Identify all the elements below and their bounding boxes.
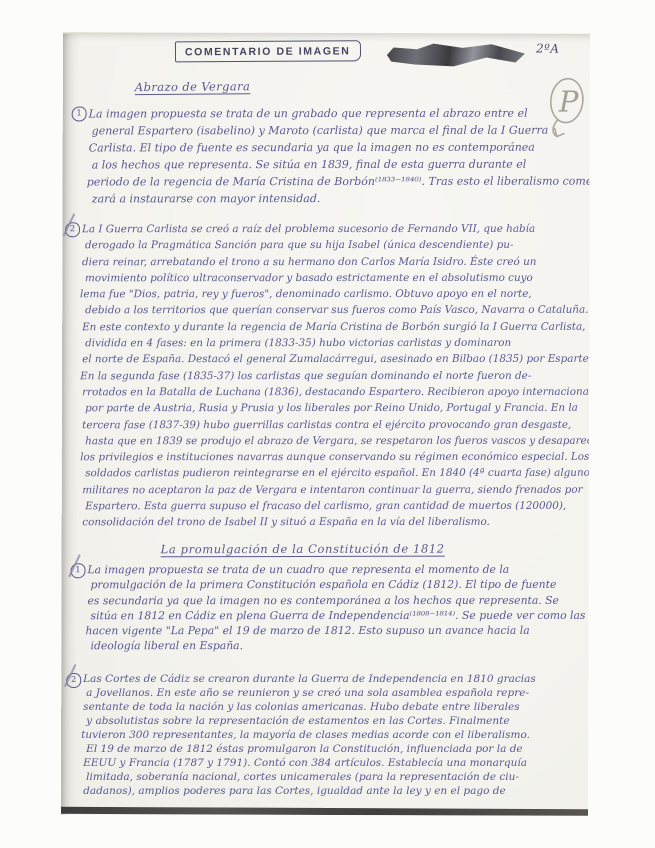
handwritten-line: La imagen propuesta se trata de un graba… — [89, 105, 581, 123]
handwritten-line: y absolutistas sobre la representación d… — [86, 714, 583, 728]
paragraph-lines: Las Cortes de Cádiz se crearon durante l… — [83, 672, 583, 798]
paragraph-s2p1: 1 La imagen propuesta se trata de un cua… — [87, 562, 581, 654]
page-bottom-edge-shadow — [61, 807, 590, 816]
paragraph-lines: La imagen propuesta se trata de un cuadr… — [87, 562, 581, 654]
section-title-abrazo-de-vergara: Abrazo de Vergara — [135, 79, 251, 94]
paragraph-number-marker: 1 — [72, 106, 87, 121]
paragraph-s1p2: 2 La I Guerra Carlista se creó a raíz de… — [82, 221, 584, 531]
handwritten-line: lema fue "Dios, patria, rey y fueros", d… — [80, 286, 584, 303]
handwritten-line: el norte de España. Destacó el general Z… — [82, 351, 584, 368]
handwritten-line: En este contexto y durante la regencia d… — [82, 319, 584, 336]
handwritten-line: dividida en 4 fases: en la primera (1833… — [85, 335, 584, 352]
handwritten-line: a Jovellanos. En este año se reunieron y… — [86, 686, 583, 700]
handwritten-line: limitada, soberanía nacional, cortes uni… — [86, 770, 583, 784]
handwritten-line: Carlista. El tipo de fuente es secundari… — [89, 139, 581, 157]
paragraph-s1p1: 1 La imagen propuesta se trata de un gra… — [89, 105, 581, 208]
header-box: COMENTARIO DE IMAGEN — [175, 40, 362, 62]
handwritten-line: promulgación de la primera Constitución … — [90, 577, 581, 593]
handwritten-line: por parte de Austria, Rusia y Prusia y l… — [85, 400, 584, 417]
handwritten-line: Las Cortes de Cádiz se crearon durante l… — [83, 672, 583, 686]
redacted-name-mark — [387, 40, 526, 70]
handwritten-line: zará a instaurarse con mayor intensidad. — [92, 190, 581, 208]
handwritten-line: El 19 de marzo de 1812 éstas promulgaron… — [86, 742, 583, 756]
handwritten-line: sitúa en 1812 en Cádiz en plena Guerra d… — [91, 608, 582, 624]
handwritten-line: los privilegios e instituciones navarras… — [80, 449, 584, 466]
handwritten-line: dadanos), amplios poderes para las Corte… — [83, 784, 583, 798]
handwritten-line: rrotados en la Batalla de Luchana (1836)… — [82, 384, 584, 401]
handwritten-line: Espartero. Esta guerra supuso el fracaso… — [85, 498, 584, 515]
scanned-document-background: COMENTARIO DE IMAGEN 2ºA P Abrazo de Ver… — [0, 0, 655, 848]
handwritten-line: movimiento político ultraconservador y b… — [85, 270, 584, 287]
handwritten-line: hacen vigente "La Pepa" el 19 de marzo d… — [86, 623, 582, 639]
handwritten-line: hasta que en 1839 se produjo el abrazo d… — [85, 433, 584, 450]
handwritten-line: tercera fase (1837-39) hubo guerrillas c… — [82, 416, 584, 433]
paragraph-s2p2: 2 Las Cortes de Cádiz se crearon durante… — [83, 672, 583, 798]
handwritten-line: ideología liberal en España. — [91, 638, 582, 654]
handwritten-line: es secundaria ya que la imagen no es con… — [88, 592, 582, 608]
notebook-page: COMENTARIO DE IMAGEN 2ºA P Abrazo de Ver… — [61, 32, 590, 815]
handwritten-line: diera reinar, arrebatando el trono a su … — [82, 253, 584, 270]
handwritten-line: militares no aceptaron la paz de Vergara… — [82, 482, 584, 499]
handwritten-line: sentante de toda la nación y las colonia… — [83, 700, 583, 714]
class-group-label: 2ºA — [536, 42, 559, 56]
handwritten-line: consolidación del trono de Isabel II y s… — [82, 514, 584, 531]
page-title: COMENTARIO DE IMAGEN — [185, 45, 350, 58]
handwritten-line: La I Guerra Carlista se creó a raíz del … — [82, 221, 584, 238]
handwritten-line: derogado la Pragmática Sanción para que … — [85, 237, 584, 254]
handwritten-line: soldados carlistas pudieron reintegrarse… — [85, 465, 584, 482]
handwritten-line: general Espartero (isabelino) y Maroto (… — [92, 122, 581, 140]
paragraph-lines: La imagen propuesta se trata de un graba… — [89, 105, 581, 208]
paragraph-lines: La I Guerra Carlista se creó a raíz del … — [82, 221, 584, 531]
handwritten-line: periodo de la regencia de María Cristina… — [87, 173, 581, 191]
handwritten-line: tuvieron 300 representantes, la mayoría … — [81, 728, 583, 742]
handwritten-line: EEUU y Francia (1787 y 1791). Contó con … — [83, 756, 583, 770]
handwritten-line: a los hechos que representa. Se sitúa en… — [92, 156, 581, 174]
section-title-constitucion-1812: La promulgación de la Constitución de 18… — [161, 542, 445, 557]
handwritten-line: En la segunda fase (1835-37) los carlist… — [80, 367, 584, 384]
handwritten-line: La imagen propuesta se trata de un cuadr… — [87, 562, 581, 578]
handwritten-line: debido a los territorios que querían con… — [85, 302, 584, 319]
